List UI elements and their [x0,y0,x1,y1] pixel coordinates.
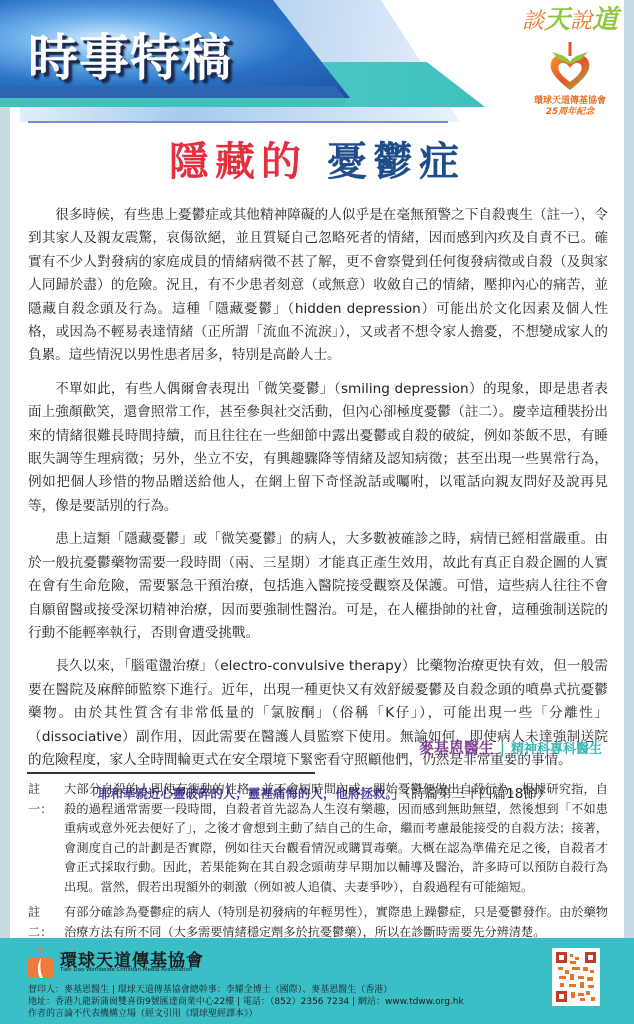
banner-underline [28,121,448,123]
logo-caption-anniversary: 25周年紀念 [520,107,620,118]
byline-separator: | [500,739,505,757]
paragraph: 不單如此，有些人偶爾會表現出「微笑憂鬱」（smiling depression）… [28,378,608,518]
candle-logo-icon [28,946,54,978]
logo-char-1: 談 [522,9,544,34]
contact-line: 地址：香港九龍新蒲崗雙喜街9號匯達商業中心22樓 | 電話：（852）2356 … [28,996,528,1008]
footnote-divider [27,772,315,774]
footnote-1: 註一： 大部分自殺的人即使有衝動的性格，並不會短時間內或一開始憂鬱便做出自殺行為… [28,780,608,897]
footnote-text: 大部分自殺的人即使有衝動的性格，並不會短時間內或一開始憂鬱便做出自殺行為。根據研… [64,780,608,897]
section-title: 時事特稿 [28,18,232,90]
logo-char-2: 天 [544,5,570,35]
footnotes: 註一： 大部分自殺的人即使有衝動的性格，並不會短時間內或一開始憂鬱便做出自殺行為… [28,780,608,948]
paragraph: 很多時候，有些患上憂鬱症或其他精神障礙的人似乎是在毫無預警之下自殺喪生（註一），… [28,204,608,368]
footnote-label: 註二： [28,903,64,942]
footer-info: 督印人：麥基恩醫生 | 環球天道傳基協會總幹事：李耀全博士（國際）、麥基恩醫生（… [28,984,528,1020]
footnote-label: 註一： [28,780,64,897]
banner-teal-band [0,98,345,107]
footnote-text: 有部分確診為憂鬱症的病人（特別是初發病的年輕男性），實際患上躁鬱症，只是憂鬱發作… [64,903,608,942]
logo-caption-org: 環球天道傳基協會 [520,96,620,107]
article-body: 很多時候，有些患上憂鬱症或其他精神障礙的人似乎是在毫無預警之下自殺喪生（註一），… [28,204,608,807]
article-title-navy: 憂鬱症 [327,139,465,185]
article-title: 隱藏的 憂鬱症 [0,130,634,187]
article-title-red: 隱藏的 [169,139,307,185]
logo-char-4: 道 [592,5,618,35]
author-byline: 麥基恩醫生|精神科專科醫生 [419,737,602,758]
heart-emblem-icon [544,40,596,92]
disclaimer-line: 作者的言論不代表機構立場（經文引用《環球聖經譯本》） [28,1008,528,1020]
publisher-line: 督印人：麥基恩醫生 | 環球天道傳基協會總幹事：李耀全博士（國際）、麥基恩醫生（… [28,984,528,996]
anniversary-logo: 談天說道 環球天道傳基協會 25周年紀念 [520,6,620,126]
logo-caption: 環球天道傳基協會 25周年紀念 [520,96,620,118]
footnote-2: 註二： 有部分確診為憂鬱症的病人（特別是初發病的年輕男性），實際患上躁鬱症，只是… [28,903,608,942]
org-name-en: Tien Dao Worldwide Christian Media Assoc… [60,967,192,973]
logo-char-3: 說 [570,9,592,34]
logo-script: 談天說道 [520,6,620,36]
paragraph: 患上這類「隱藏憂鬱」或「微笑憂鬱」的病人，大多數被確診之時，病情已經相當嚴重。由… [28,528,608,645]
footer: 環球天道傳基協會 Tien Dao Worldwide Christian Me… [0,938,634,1024]
qr-code-icon[interactable] [552,948,600,1006]
author-name: 麥基恩醫生 [419,739,494,757]
author-role: 精神科專科醫生 [511,742,602,757]
